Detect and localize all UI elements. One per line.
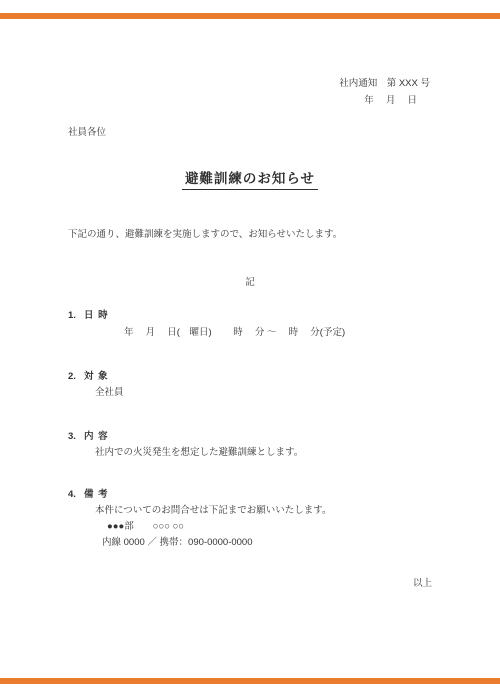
contact-department: ●●●部 ○○○ ○○ [107,521,184,532]
doc-date: 年 月 日 [364,95,417,106]
doc-number: 社内通知 第 XXX 号 [339,78,430,89]
section-1-body: 年 月 日( 曜日) 時 分 ～ 時 分(予定) [124,327,345,338]
intro-text: 下記の通り、避難訓練を実施しますので、お知らせいたします。 [68,229,342,240]
document-page: 社内通知 第 XXX 号 年 月 日 社員各位 避難訓練のお知らせ 下記の通り、… [0,0,500,698]
section-1-heading: 日 時 [84,310,109,321]
recipient-line: 社員各位 [68,127,106,138]
top-accent-bar [0,13,500,19]
section-3-number: 3. [68,431,76,442]
title-row: 避難訓練のお知らせ [0,167,500,190]
section-2-body: 全社員 [95,387,124,398]
contact-phone: 内線 0000 ／ 携帯：090-0000-0000 [102,537,253,548]
section-4-number: 4. [68,489,76,500]
bottom-accent-bar [0,678,500,684]
section-3-body: 社内での火災発生を想定した避難訓練とします。 [95,447,303,458]
section-2-heading: 対 象 [84,371,109,382]
section-3-heading: 内 容 [84,431,109,442]
section-1-number: 1. [68,310,76,321]
record-marker: 記 [0,277,500,288]
section-4-heading: 備 考 [84,489,109,500]
closing-marker: 以上 [413,578,432,589]
section-4-body: 本件についてのお問合せは下記までお願いいたします。 [95,505,332,516]
page-title: 避難訓練のお知らせ [182,167,318,190]
section-2-number: 2. [68,371,76,382]
